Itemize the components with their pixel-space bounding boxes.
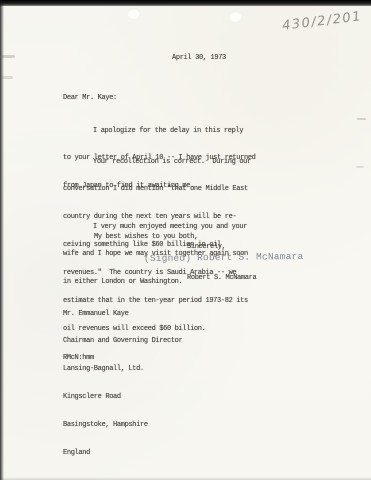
address-line: Kingsclere Road [63, 393, 182, 402]
scan-edge-left [0, 0, 4, 480]
address-line: England [63, 449, 182, 458]
signature-stamp: (Signed) Robert S. McNamara [144, 251, 303, 264]
paragraph-line: Your recollection is correct. During our [63, 158, 251, 167]
scanned-letter-page: 430/2/201 April 30, 1973 Dear Mr. Kaye: … [0, 0, 371, 480]
handwritten-archive-number: 430/2/201 [281, 9, 362, 34]
typed-signature-name: Robert S. McNamara [187, 274, 256, 283]
paragraph-line: conversation I did mention "that one Mid… [63, 185, 251, 194]
salutation: Dear Mr. Kaye: [63, 94, 117, 103]
closing-wish: My best wishes to you both, [94, 233, 198, 242]
address-line: Mr. Emmanuel Kaye [63, 310, 182, 319]
paragraph-line: I apologize for the delay in this reply [63, 127, 256, 136]
letter-date: April 30, 1973 [172, 54, 226, 63]
scan-edge-top [0, 0, 371, 6]
address-line: Chairman and Governing Director [63, 337, 182, 346]
address-line: Lansing-Bagnall, Ltd. [63, 365, 182, 374]
reference-initials: RMcN:hmm [63, 354, 94, 363]
margin-smudge [0, 55, 15, 58]
valediction: Sincerely, [187, 243, 226, 252]
punch-hole-right [229, 11, 242, 22]
margin-smudge [357, 118, 366, 120]
paragraph-line: I very much enjoyed meeting you and your [63, 223, 248, 232]
punch-hole-left [127, 8, 140, 19]
margin-smudge [356, 166, 364, 168]
margin-smudge [0, 76, 13, 79]
recipient-address-block: Mr. Emmanuel Kaye Chairman and Governing… [63, 291, 182, 477]
address-line: Basingstoke, Hampshire [63, 421, 182, 430]
